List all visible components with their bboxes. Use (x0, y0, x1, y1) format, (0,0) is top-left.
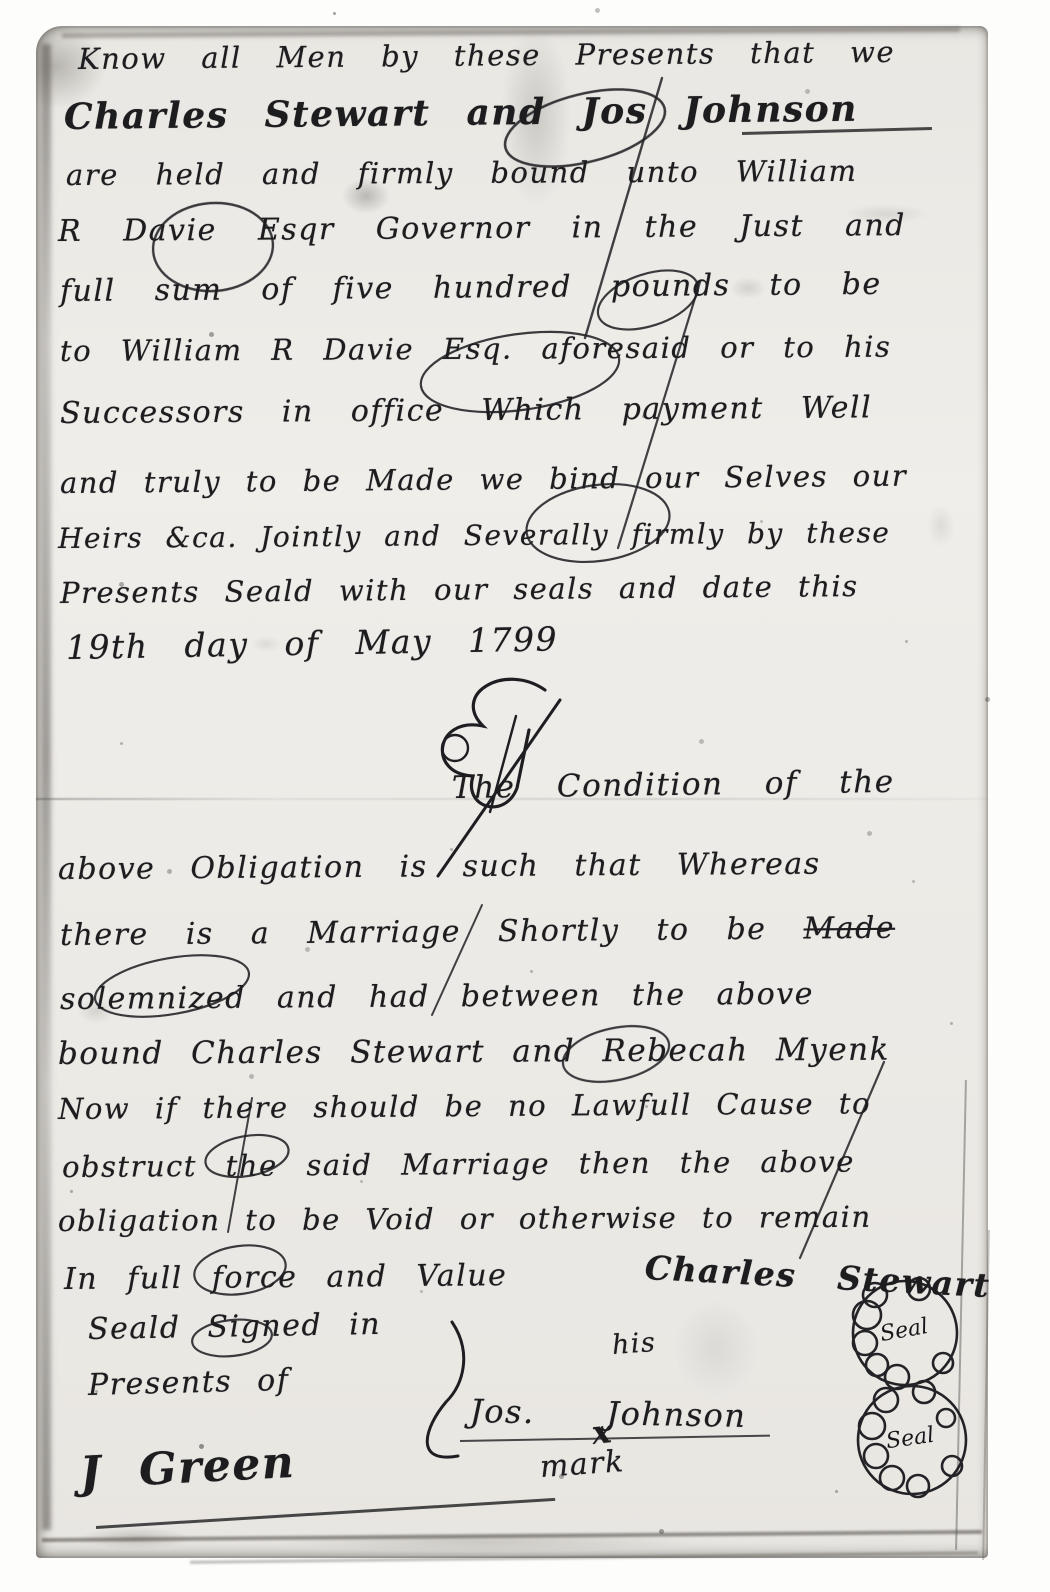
manuscript-scan: Know all Men by these Presents that we C… (0, 0, 1050, 1592)
manuscript-line: Successors in office Which payment Well (60, 390, 872, 431)
condition-line: obstruct the said Marriage then the abov… (62, 1144, 855, 1184)
condition-line: obligation to be Void or otherwise to re… (58, 1200, 872, 1238)
condition-line: Now if there should be no Lawfull Cause … (58, 1086, 871, 1126)
condition-line-text: there is a Marriage Shortly to be (60, 912, 767, 953)
condition-line: above Obligation is such that Whereas (58, 847, 821, 887)
condition-line: bound Charles Stewart and Rebecah Myenk (58, 1032, 890, 1072)
manuscript-line: Presents Seald with our seals and date t… (60, 569, 859, 610)
struck-word: Made (803, 911, 895, 947)
manuscript-line-names: Charles Stewart and Jos Johnson (64, 88, 858, 138)
manuscript-line: Know all Men by these Presents that we (78, 35, 895, 76)
condition-line: solemnized and had between the above (60, 977, 814, 1017)
paper-specks (0, 0, 3, 3)
condition-line: there is a Marriage Shortly to be Made (60, 911, 895, 953)
attestation-sealed-signed: Seald Signed in (88, 1307, 382, 1347)
condition-line: In full force and Value (64, 1258, 508, 1297)
condition-heading: The Condition of the (452, 764, 895, 806)
attestation-his: his (611, 1327, 657, 1361)
left-fold-crease (42, 44, 51, 1530)
manuscript-line: R Davie Esqr Governor in the Just and (58, 208, 906, 249)
attestation-presents-of: Presents of (88, 1363, 290, 1403)
manuscript-line: are held and firmly bound unto William (66, 154, 858, 192)
manuscript-line: to William R Davie Esq. aforesaid or to … (60, 330, 892, 368)
attestation-mark: mark (539, 1444, 626, 1485)
manuscript-line: Heirs &ca. Jointly and Severally firmly … (58, 516, 891, 555)
manuscript-line: full sum of five hundred pounds to be (60, 267, 882, 309)
